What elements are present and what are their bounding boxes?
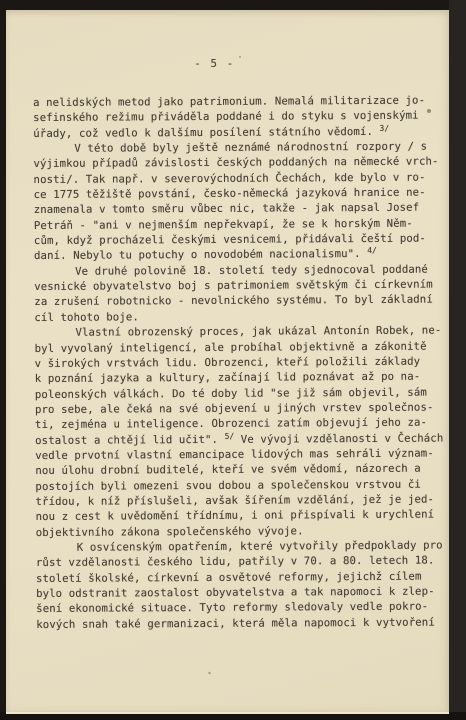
text-segment: ostalost a chtějí lid učit". (35, 432, 225, 446)
text-segment: nou úlohu drobní buditelé, kteří ve svém… (35, 462, 421, 477)
text-segment: cům, když procházeli českými vesnicemi, … (34, 232, 426, 247)
text-segment: V této době byly ještě neznámé národnost… (74, 140, 427, 155)
text-line: Vlastní obrozenský proces, jak ukázal An… (34, 323, 434, 341)
text-segment: ce 1775 těžiště povstání, česko-německá … (34, 186, 426, 201)
text-segment: bylo odstranit zaostalost obyvatelstva a… (36, 585, 435, 600)
text-segment: postojích byli omezeni svou dobou a spol… (35, 477, 421, 492)
text-line: nou z cest k uvědomění třídnímu, i oni p… (36, 507, 436, 525)
text-segment: v širokých vrstvách lidu. Obrozenci, kte… (35, 354, 421, 369)
text-segment: výjimkou případů závislosti českých podd… (33, 155, 438, 170)
text-segment: nou z cest k uvědomění třídnímu, i oni p… (36, 508, 435, 523)
text-segment: sefinského režimu přiváděla poddané i do… (33, 109, 419, 124)
scanned-document-page: - 5 - a nelidských metod jako patrimoniu… (0, 0, 466, 720)
text-segment: Petráň - "ani v nejmenším nepřekvapí, že… (34, 216, 413, 231)
text-segment: objektivního zákona společenského vývoje… (36, 524, 304, 539)
paper-sheet: - 5 - a nelidských metod jako patrimoniu… (6, 10, 449, 714)
footnote-marker: 5/ (225, 431, 235, 440)
paper-speck (239, 56, 241, 58)
text-segment: byl vyvolaný inteligencí, ale probíhal o… (35, 339, 427, 354)
text-segment: Ve vývoji vzdělanosti v Čechách (234, 431, 443, 445)
text-segment: vesnické obyvatelstvo boj s patrimoniem … (34, 278, 433, 293)
scan-border-right (449, 0, 466, 720)
text-segment: a nelidských metod jako patrimonium. Nem… (33, 94, 425, 109)
text-segment: cíl tohoto boje. (34, 310, 139, 324)
text-segment: K osvícenským opatřením, které vytvořily… (77, 538, 443, 553)
text-segment: daní. Nebylo tu potuchy o novodobém naci… (34, 247, 367, 262)
paper-speck (208, 671, 212, 674)
text-segment: za zrušení robotnicko - nevolnického sys… (34, 293, 433, 308)
footnote-marker: 4/ (367, 246, 377, 255)
text-line: za zrušení robotnicko - nevolnického sys… (34, 292, 434, 310)
text-line: kových snah také germanizaci, která měla… (36, 614, 436, 632)
text-segment: Vlastní obrozenský proces, jak ukázal An… (75, 324, 441, 339)
text-segment: kových snah také germanizaci, která měla… (36, 615, 435, 630)
text-segment: pro sebe, ale čeká na své objevení u jin… (35, 400, 434, 415)
text-segment: poleonských válkách. Do té doby lid "se … (35, 385, 427, 400)
text-segment: znamenala v tomto směru vůbec nic, takže… (34, 201, 420, 216)
text-segment: k poznání jazyka a kultury, začínají lid… (35, 370, 421, 385)
text-segment: ti, zejména u inteligence. Obrozenci zat… (35, 416, 427, 431)
text-segment: nosti/. Tak např. v severovýchodních Čec… (33, 170, 425, 185)
text-segment: vedle prvotní vlastní emancipace lidovýc… (35, 446, 434, 461)
text-line: k poznání jazyka a kultury, začínají lid… (35, 369, 435, 387)
footnote-marker: 3/ (380, 124, 390, 133)
text-segment: úřady, což vedlo k dalšímu posílení stát… (33, 125, 379, 140)
text-segment: třídou, k níž příslušeli, avšak šířením … (35, 492, 434, 507)
text-segment: století školské, církevní a osvětové ref… (36, 569, 422, 584)
text-segment: Ve druhé polovině 18. století tedy sjedn… (75, 262, 428, 277)
text-line: ti, zejména u inteligence. Obrozenci zat… (35, 415, 435, 433)
document-body: a nelidských metod jako patrimonium. Nem… (33, 93, 436, 632)
paper-speck (427, 109, 431, 113)
text-segment: růst vzdělanosti českého lidu, patřily v… (36, 554, 435, 569)
text-segment: šení ekonomické situace. Tyto reformy sl… (36, 600, 428, 615)
page-number: - 5 - (0, 57, 436, 70)
